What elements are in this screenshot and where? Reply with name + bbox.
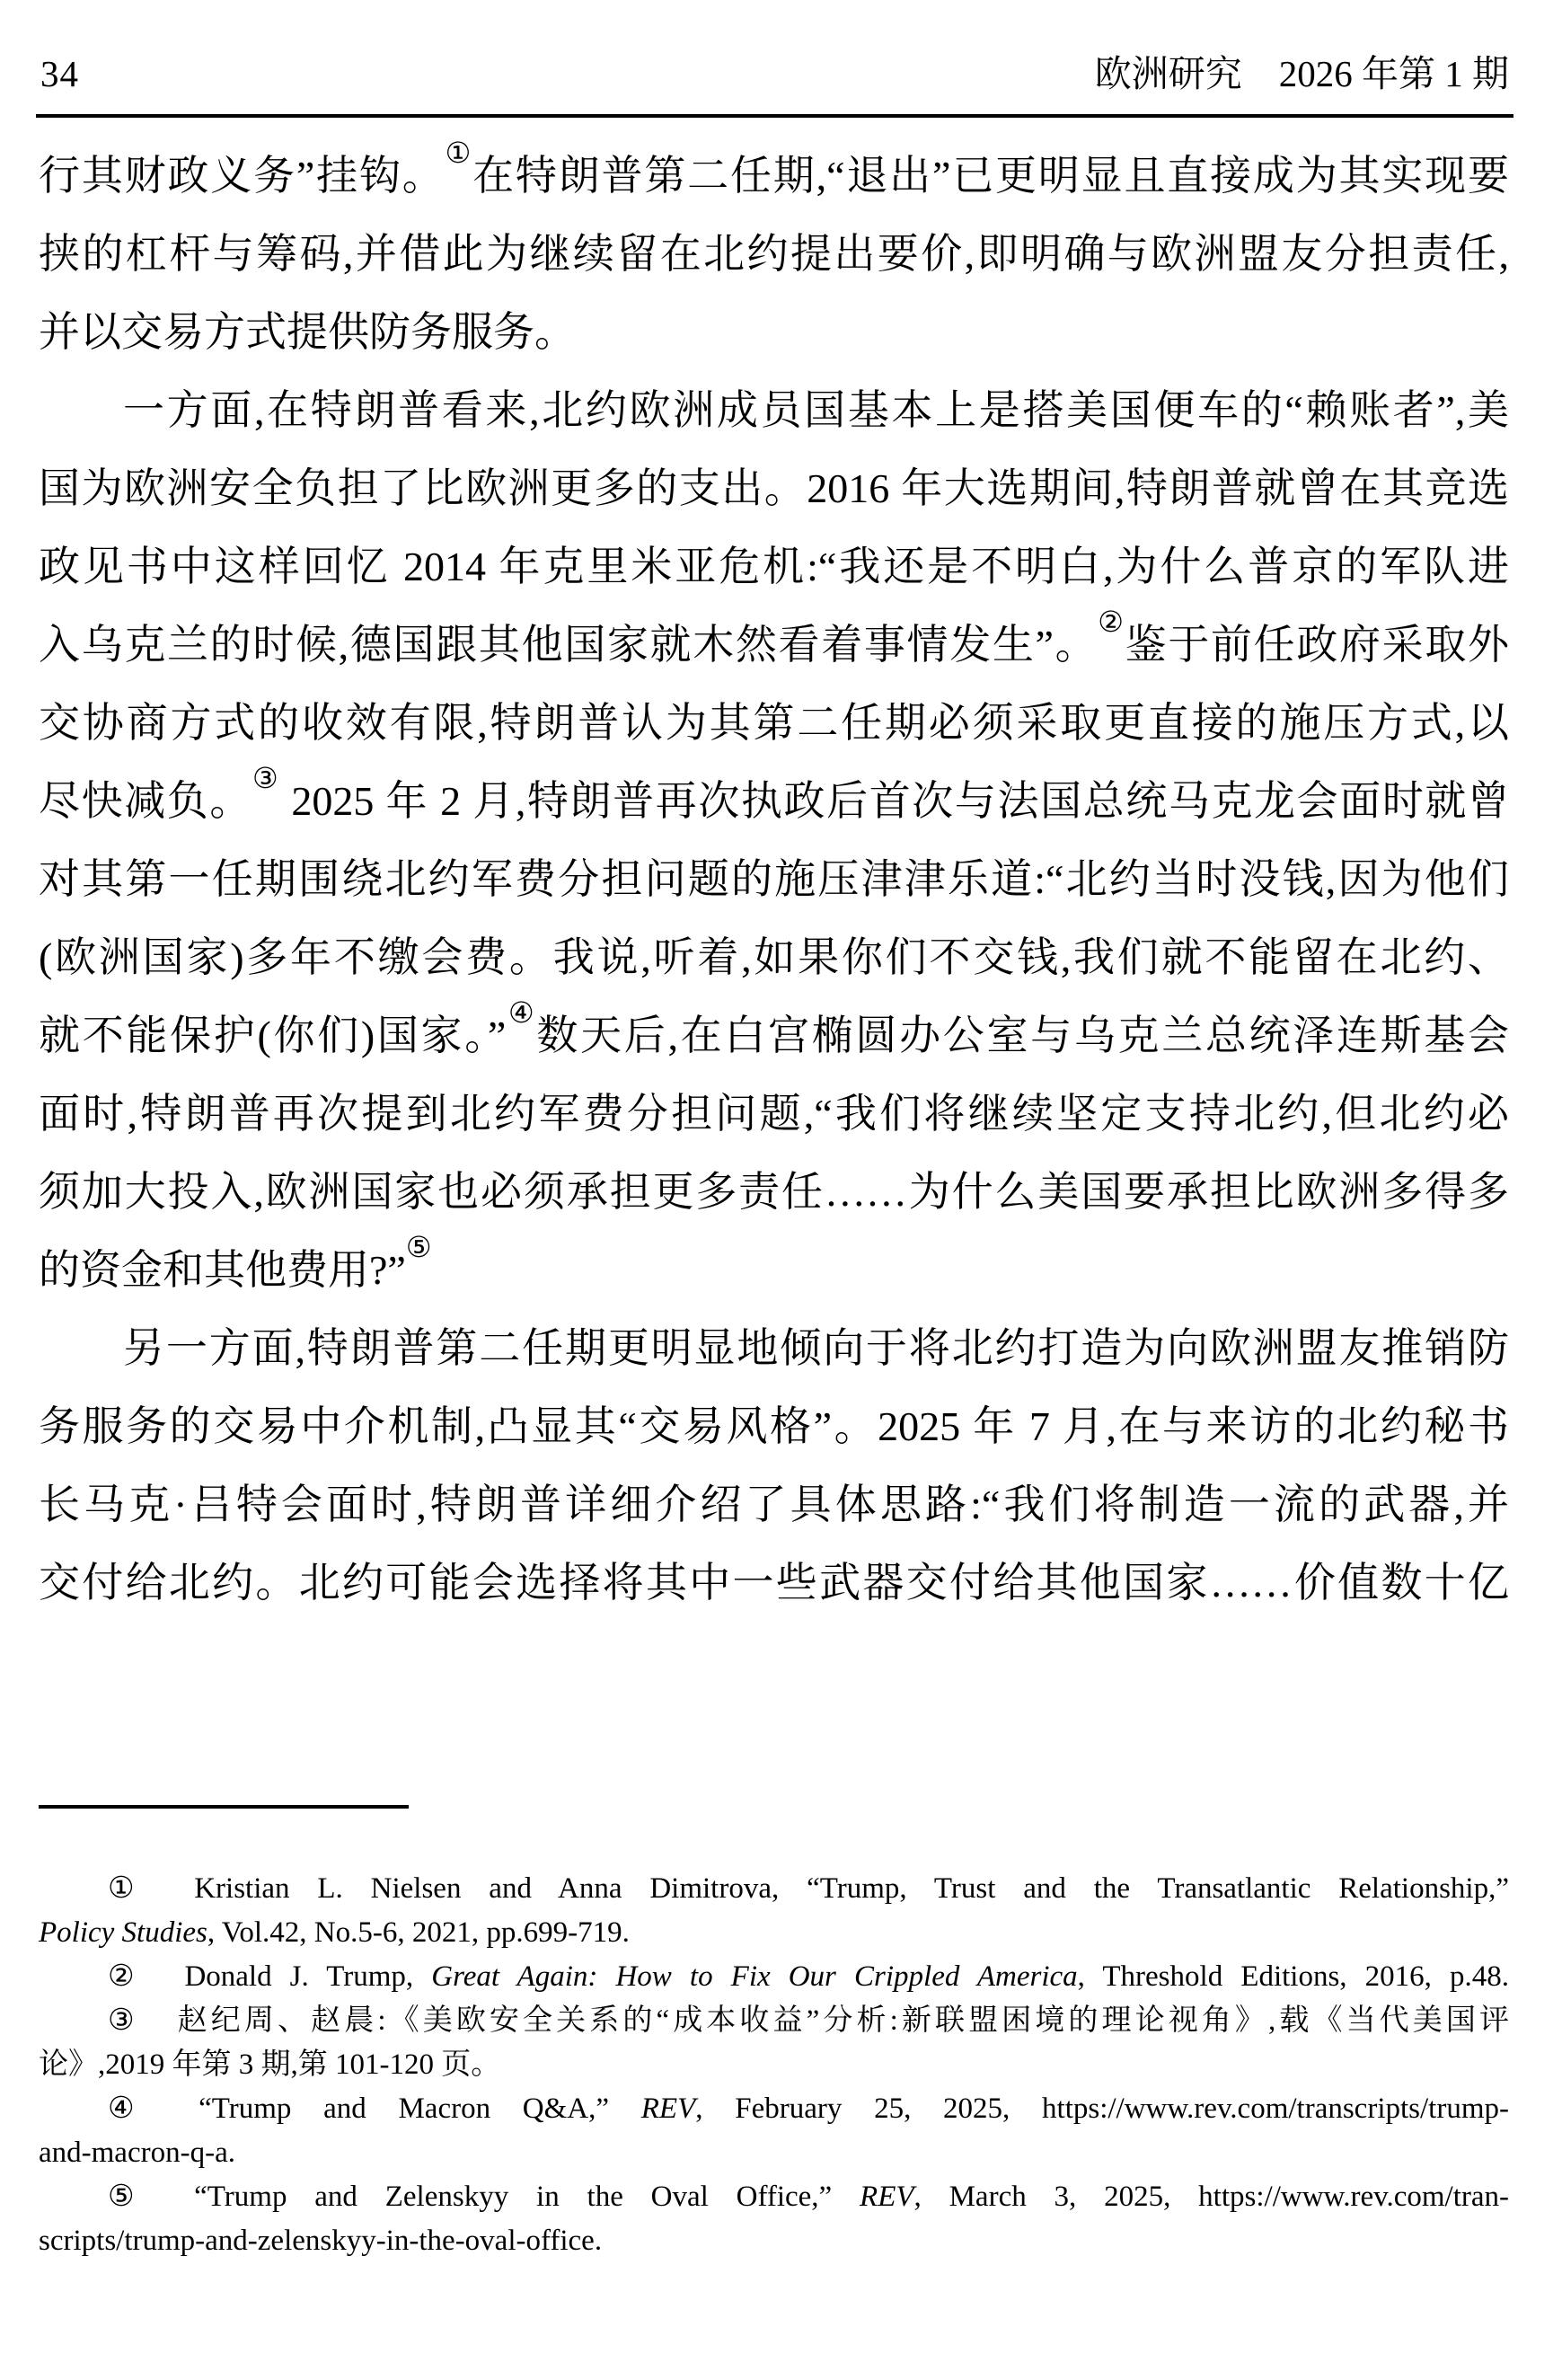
body-line: 务服务的交易中介机制,凸显其“交易风格”。2025 年 7 月,在与来访的北约秘… (39, 1387, 1509, 1465)
footnote-marker: ④ (108, 2092, 159, 2125)
paragraph: 一方面,在特朗普看来,北约欧洲成员国基本上是搭美国便车的“赖账者”,美国为欧洲安… (39, 371, 1509, 1309)
journal-issue: 欧洲研究 2026 年第 1 期 (1095, 50, 1509, 97)
footnote-entry: ⑤“Trump and Zelenskyy in the Oval Office… (39, 2175, 1509, 2263)
body-line: 行其财政义务”挂钩。①在特朗普第二任期,“退出”已更明显且直接成为其实现要 (39, 137, 1509, 215)
body-line: 的资金和其他费用?”⑤ (39, 1231, 1509, 1309)
footnote-marker: ② (108, 1960, 145, 1993)
header-rule (36, 114, 1513, 118)
body-line: 须加大投入,欧洲国家也必须承担更多责任……为什么美国要承担比欧洲多得多 (39, 1153, 1509, 1231)
footnote-entry: ③赵纪周、赵晨:《美欧安全关系的“成本收益”分析:新联盟困境的理论视角》,载《当… (39, 1999, 1509, 2087)
body-line: (欧洲国家)多年不缴会费。我说,听着,如果你们不交钱,我们就不能留在北约、 (39, 918, 1509, 996)
running-head: 34 欧洲研究 2026 年第 1 期 (40, 50, 1509, 97)
footnote-marker: ⑤ (108, 2181, 154, 2213)
footnote-entry: ②Donald J. Trump, Great Again: How to Fi… (39, 1955, 1509, 1999)
page-number: 34 (40, 50, 79, 97)
footnote-line: ④“Trump and Macron Q&A,” REV, February 2… (39, 2087, 1509, 2131)
footnote-line: ⑤“Trump and Zelenskyy in the Oval Office… (39, 2175, 1509, 2219)
footnote-italic-text: Great Again: How to Fix Our Crippled Ame… (431, 1960, 1077, 1993)
body-line: 交付给北约。北约可能会选择将其中一些武器交付给其他国家……价值数十亿 (39, 1544, 1509, 1622)
body-line: 长马克·吕特会面时,特朗普详细介绍了具体思路:“我们将制造一流的武器,并 (39, 1465, 1509, 1544)
footnote-line: 论》,2019 年第 3 期,第 101-120 页。 (39, 2043, 1509, 2087)
footnote-line: scripts/trump-and-zelenskyy-in-the-oval-… (39, 2219, 1509, 2263)
footnote-line: and-macron-q-a. (39, 2131, 1509, 2175)
footnote-ref: ① (446, 137, 473, 169)
footnote-rule (39, 1805, 409, 1809)
body-line: 交协商方式的收效有限,特朗普认为其第二任期必须采取更直接的施压方式,以 (39, 684, 1509, 762)
body-line: 尽快减负。③ 2025 年 2 月,特朗普再次执政后首次与法国总统马克龙会面时就… (39, 762, 1509, 840)
body-line: 对其第一任期围绕北约军费分担问题的施压津津乐道:“北约当时没钱,因为他们 (39, 840, 1509, 918)
paragraph: 另一方面,特朗普第二任期更明显地倾向于将北约打造为向欧洲盟友推销防务服务的交易中… (39, 1309, 1509, 1622)
body-line: 国为欧洲安全负担了比欧洲更多的支出。2016 年大选期间,特朗普就曾在其竞选 (39, 449, 1509, 527)
body-line: 并以交易方式提供防务服务。 (39, 293, 1509, 371)
body-line: 一方面,在特朗普看来,北约欧洲成员国基本上是搭美国便车的“赖账者”,美 (39, 371, 1509, 449)
footnote-entry: ①Kristian L. Nielsen and Anna Dimitrova,… (39, 1867, 1509, 1955)
footnote-marker: ③ (108, 2004, 138, 2037)
body-line: 另一方面,特朗普第二任期更明显地倾向于将北约打造为向欧洲盟友推销防 (39, 1309, 1509, 1387)
body-line: 入乌克兰的时候,德国跟其他国家就木然看着事情发生”。②鉴于前任政府采取外 (39, 606, 1509, 684)
footnote-ref: ⑤ (406, 1231, 432, 1263)
footnotes: ①Kristian L. Nielsen and Anna Dimitrova,… (39, 1867, 1509, 2263)
paragraph: 行其财政义务”挂钩。①在特朗普第二任期,“退出”已更明显且直接成为其实现要挟的杠… (39, 137, 1509, 371)
footnote-italic-text: REV (641, 2092, 695, 2125)
body-line: 就不能保护(你们)国家。”④数天后,在白宫椭圆办公室与乌克兰总统泽连斯基会 (39, 996, 1509, 1075)
body-line: 政见书中这样回忆 2014 年克里米亚危机:“我还是不明白,为什么普京的军队进 (39, 527, 1509, 606)
footnote-entry: ④“Trump and Macron Q&A,” REV, February 2… (39, 2087, 1509, 2175)
body-line: 面时,特朗普再次提到北约军费分担问题,“我们将继续坚定支持北约,但北约必 (39, 1075, 1509, 1153)
footnote-ref: ④ (506, 996, 536, 1029)
footnote-line: ③赵纪周、赵晨:《美欧安全关系的“成本收益”分析:新联盟困境的理论视角》,载《当… (39, 1999, 1509, 2043)
body-line: 挟的杠杆与筹码,并借此为继续留在北约提出要价,即明确与欧洲盟友分担责任, (39, 215, 1509, 293)
footnote-line: Policy Studies, Vol.42, No.5-6, 2021, pp… (39, 1911, 1509, 1955)
article-body: 行其财政义务”挂钩。①在特朗普第二任期,“退出”已更明显且直接成为其实现要挟的杠… (39, 137, 1509, 1622)
footnote-marker: ① (108, 1872, 154, 1905)
footnote-line: ②Donald J. Trump, Great Again: How to Fi… (39, 1955, 1509, 1999)
footnote-ref: ③ (252, 762, 279, 794)
footnote-ref: ② (1098, 606, 1125, 638)
journal-page: 34 欧洲研究 2026 年第 1 期 行其财政义务”挂钩。①在特朗普第二任期,… (0, 0, 1562, 2380)
footnote-italic-text: Policy Studies (39, 1916, 207, 1949)
footnote-italic-text: REV (860, 2181, 913, 2213)
footnote-line: ①Kristian L. Nielsen and Anna Dimitrova,… (39, 1867, 1509, 1911)
